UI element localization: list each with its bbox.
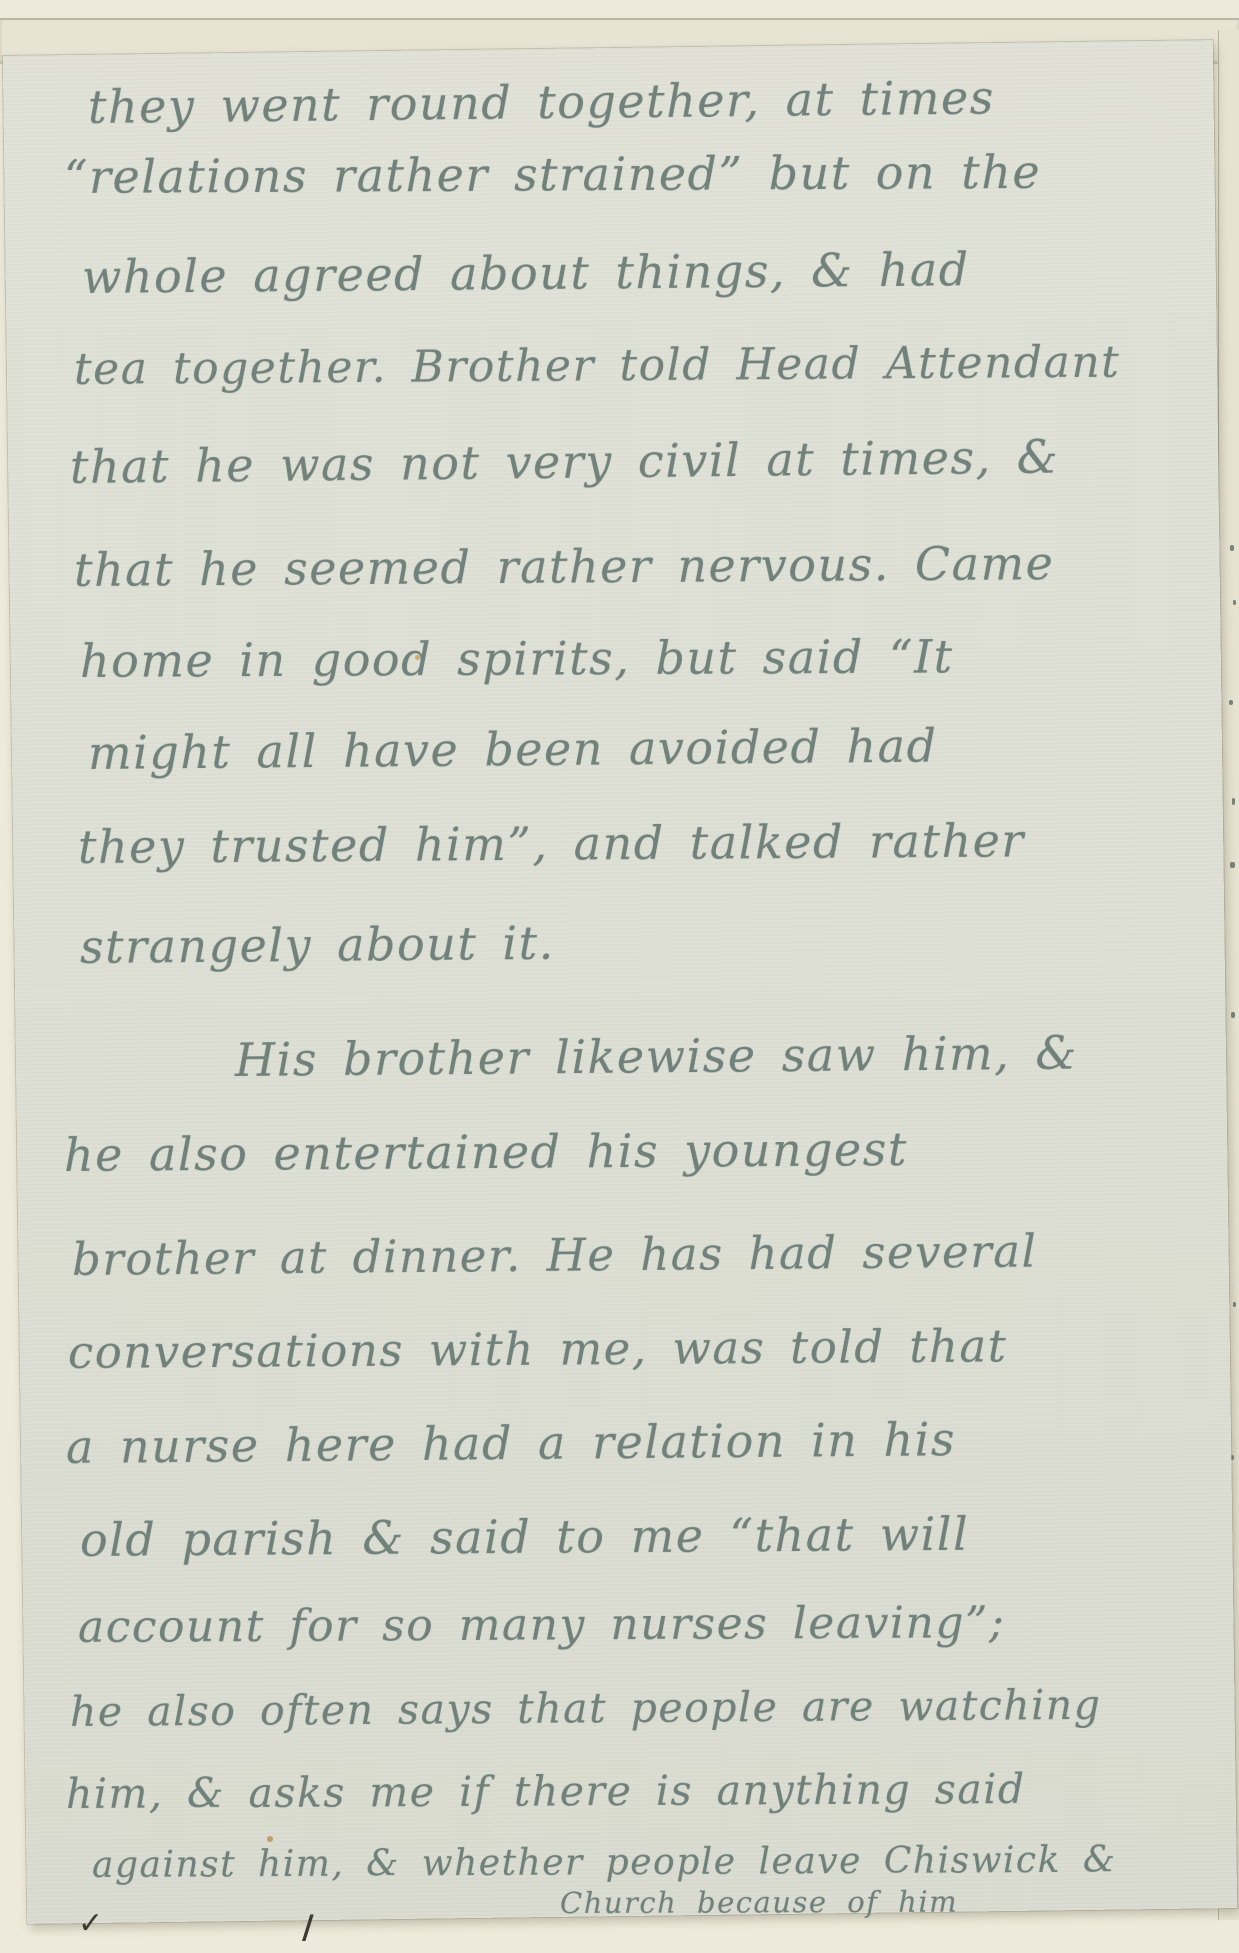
handwriting-line: Church because of him	[560, 1887, 958, 1920]
handwriting-line: that he was not very civil at times, &	[70, 432, 1060, 493]
handwriting-line: brother at dinner. He has had several	[72, 1227, 1038, 1285]
handwriting-line: tea together. Brother told Head Attendan…	[74, 339, 1121, 395]
handwriting-line: might all have been avoided had	[88, 721, 938, 779]
handwriting-line: home in good spirits, but said “It	[80, 631, 954, 686]
handwriting-layer: they went round together, at times“relat…	[0, 0, 1239, 1953]
handwriting-line: His brother likewise saw him, &	[235, 1028, 1078, 1086]
handwriting-line: “relations rather strained” but on the	[64, 147, 1041, 203]
handwriting-line: he also often says that people are watch…	[70, 1683, 1102, 1735]
handwriting-line: he also entertained his youngest	[64, 1124, 908, 1180]
handwriting-line: strangely about it.	[80, 918, 555, 973]
handwriting-line: they went round together, at times	[88, 73, 995, 133]
margin-mark: ✓	[78, 1906, 103, 1941]
handwriting-line: against him, & whether people leave Chis…	[92, 1841, 1117, 1886]
handwriting-line: conversations with me, was told that	[68, 1321, 1008, 1377]
paper-stain	[415, 655, 420, 660]
handwriting-line: account for so many nurses leaving”;	[78, 1599, 1006, 1652]
margin-mark: /	[302, 1908, 314, 1946]
handwriting-line: they trusted him”, and talked rather	[78, 815, 1025, 872]
handwriting-line: old parish & said to me “that will	[80, 1509, 970, 1566]
handwriting-line: whole agreed about things, & had	[82, 244, 970, 302]
handwriting-line: that he seemed rather nervous. Came	[74, 538, 1055, 595]
scanned-manuscript: { "document": { "kind": "handwritten man…	[0, 0, 1239, 1953]
paper-stain	[267, 1836, 273, 1842]
handwriting-line: a nurse here had a relation in his	[66, 1414, 956, 1472]
handwriting-line: him, & asks me if there is anything said	[66, 1767, 1026, 1817]
